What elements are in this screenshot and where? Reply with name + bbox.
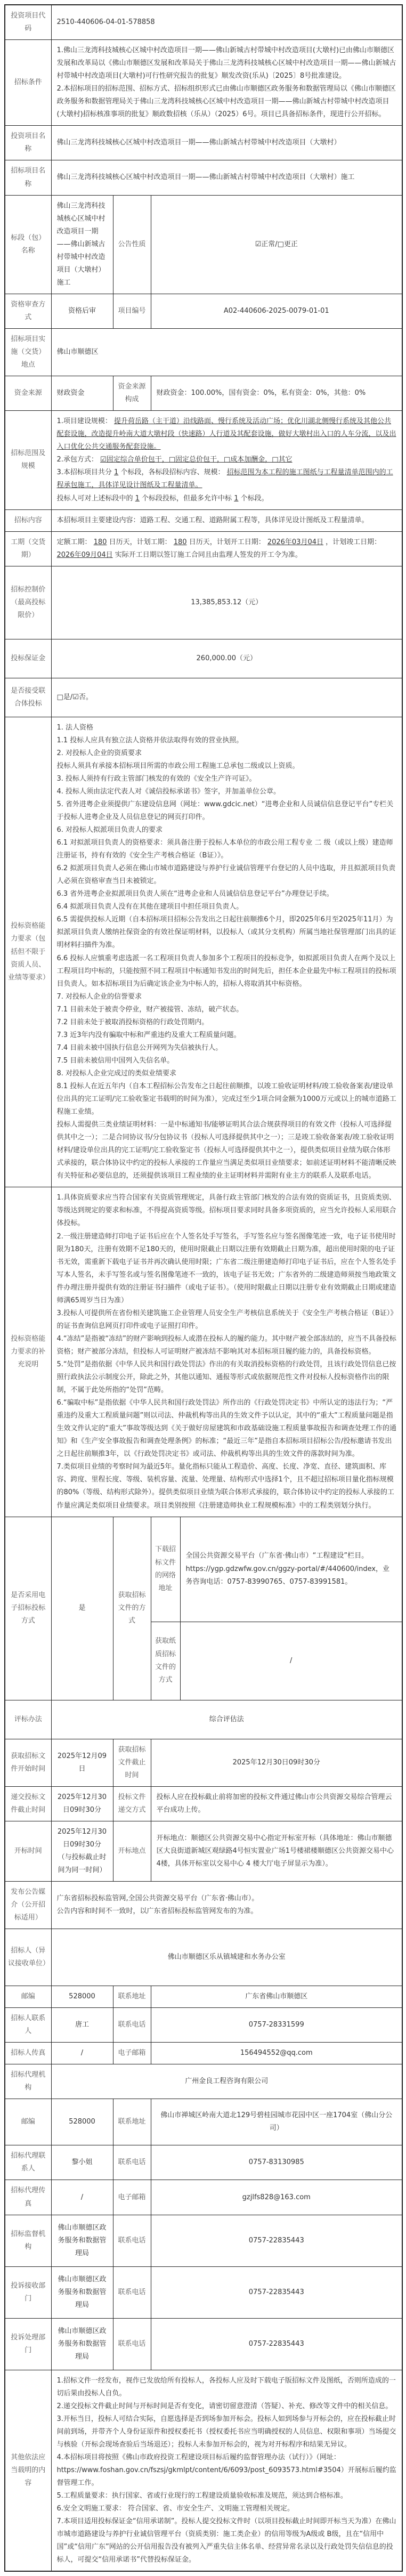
agency-email-label: 电子邮箱 [113, 2180, 151, 2215]
row-e-bidding: 是否采用电子招标投标方式 是 获取招标文件的方式 下载招标文件的网络地址 全国公… [5, 1517, 402, 1622]
section-name-value: 佛山三龙湾科技城核心区城中村改造项目一期——佛山新城古村带城中村改造项目（大墩村… [51, 195, 113, 294]
bid-submission-deadline-value: 2025年12月30日09时30分 [51, 1786, 113, 1821]
complaint-receiving-label: 投诉接收部门 [5, 2266, 51, 2318]
agency-fax-label: 招标代理传真 [5, 2180, 51, 2215]
tender-conditions-value: 1.佛山三龙湾科技城核心区城中村改造项目一期——佛山新城古村带城中村改造项目(大… [51, 40, 402, 126]
delivery-location-value: 佛山市顺德区 [51, 328, 402, 376]
tenderer-label: 招标人（异议接收单位） [5, 1929, 51, 1986]
row-section-name: 标段（包）名称 佛山三龙湾科技城核心区城中村改造项目一期——佛山新城古村带城中村… [5, 195, 402, 294]
row-agency-postcode: 邮编 528000 联系地址 佛山市禅城区岭南大道北129号碧桂园城市花园中区一… [5, 2099, 402, 2145]
doc-obtain-start-label: 获取招标文件开始时间 [5, 1739, 51, 1786]
project-number-label: 项目编号 [113, 294, 151, 328]
row-delivery-location: 招标项目实施（交货）地点 佛山市顺德区 [5, 328, 402, 376]
row-qualification-requirements: 投标资格能力要求（包括但不限于资质人员、业绩等要求） 1. 法人资格1.1 投标… [5, 717, 402, 1187]
doc-obtain-start-value: 2025年12月09日 [51, 1739, 113, 1786]
doc-obtain-deadline-label: 获取招标文件截止时间 [113, 1739, 151, 1786]
row-complaint-handling: 投诉处理部门 佛山市顺德区政务服务和数据管理局 联系电话 0757-228354… [5, 2318, 402, 2370]
qualification-review-value: 资格后审 [51, 294, 113, 328]
tenderer-email-label: 电子邮箱 [113, 2043, 151, 2064]
row-project-code: 投资项目代码 2510-440606-04-01-578858 [5, 5, 402, 40]
tenderer-phone-label: 联系电话 [113, 2008, 151, 2043]
tender-announcement-document: 投资项目代码 2510-440606-04-01-578858 招标条件 1.佛… [0, 0, 406, 2576]
agency-email-value: gzjlfs828@163.com [151, 2180, 402, 2215]
row-agency: 招标代理机构 广州金良工程咨询有限公司 [5, 2064, 402, 2099]
row-tenderer-contact: 招标人联系人 唐工 联系电话 0757-28331599 [5, 2008, 402, 2043]
announcement-media-value: 广东省招标投标监管网,全国公共资源交易平台（广东省·佛山市）。公告内容和时间不一… [51, 1881, 402, 1929]
row-other-content: 其他依法应当载明的内容 1.招标文件一经发布，视作已发放给所有投标人，各投标人应… [5, 2370, 402, 2571]
row-tenderer-fax: 招标人传真 / 电子邮箱 156494552@qq.com [5, 2043, 402, 2064]
supervision-phone-label: 联系电话 [113, 2215, 151, 2266]
tenderer-address-value: 广东省佛山市顺德区 [151, 1986, 402, 2008]
row-bid-bond: 投标保证金 260,000.00（元） [5, 639, 402, 678]
qualification-supplement-value: 1.具体资质要求应当符合国家有关资质管理规定，具备行政主管部门核发的合法有效的资… [51, 1187, 402, 1517]
bid-opening-time-label: 开标时间 [5, 1821, 51, 1881]
row-qualification-supplement: 投标资格能力要求的补充说明 1.具体资质要求应当符合国家有关资质管理规定，具备行… [5, 1187, 402, 1517]
bid-submission-method-label: 投标文件递交方式 [113, 1786, 151, 1821]
tenderer-postcode-value: 528000 [51, 1986, 113, 2008]
agency-label: 招标代理机构 [5, 2064, 51, 2099]
agency-address-label: 联系地址 [113, 2099, 151, 2145]
row-tenderer: 招标人（异议接收单位） 佛山市顺德区乐从镇城建和水务办公室 [5, 1929, 402, 1986]
complaint-receiving-value: 佛山市顺德区政务服务和数据管理局 [51, 2266, 113, 2318]
row-consortium-bidding: 是否接受联合体投标 □是/☑否。 [5, 678, 402, 717]
bid-opening-time-value: 2025年12月30日09时30分（与投标截止时间为同一时间） [51, 1821, 113, 1881]
tenderer-address-label: 联系地址 [113, 1986, 151, 2008]
complaint-handling-value: 佛山市顺德区政务服务和数据管理局 [51, 2318, 113, 2370]
consortium-bidding-label: 是否接受联合体投标 [5, 678, 51, 717]
tenderer-value: 佛山市顺德区乐从镇城建和水务办公室 [51, 1929, 402, 1986]
row-supervision-agency: 招标监督机构 佛山市顺德区政务服务和数据管理局 联系电话 0757-228354… [5, 2215, 402, 2266]
investment-project-name-value: 佛山三龙湾科技城核心区城中村改造项目一期——佛山新城古村带城中村改造项目（大墩村… [51, 126, 402, 160]
agency-phone-label: 联系电话 [113, 2145, 151, 2180]
complaint-receiving-phone-value: 0757-22835443 [151, 2266, 402, 2318]
other-content-value: 1.招标文件一经发布，视作已发放给所有投标人，各投标人应及时下载电子版招标文件及… [51, 2370, 402, 2571]
qualification-review-label: 资格审查方式 [5, 294, 51, 328]
row-agency-fax: 招标代理传真 / 电子邮箱 gzjlfs828@163.com [5, 2180, 402, 2215]
supervision-agency-label: 招标监督机构 [5, 2215, 51, 2266]
download-address-label: 下载招标文件的网络地址 [151, 1517, 180, 1622]
agency-phone-value: 0757-83130985 [151, 2145, 402, 2180]
other-content-label: 其他依法应当载明的内容 [5, 2370, 51, 2571]
row-investment-project-name: 投资项目名称 佛山三龙湾科技城核心区城中村改造项目一期——佛山新城古村带城中村改… [5, 126, 402, 160]
supervision-agency-value: 佛山市顺德区政务服务和数据管理局 [51, 2215, 113, 2266]
paper-doc-method-value: / [180, 1622, 402, 1700]
tenderer-email-value: 156494552@qq.com [151, 2043, 402, 2064]
tender-conditions-label: 招标条件 [5, 40, 51, 126]
tenderer-phone-value: 0757-28331599 [151, 2008, 402, 2043]
announcement-media-label: 发布公告媒介（公开招标适用） [5, 1881, 51, 1929]
agency-postcode-label: 邮编 [5, 2099, 51, 2145]
complaint-handling-phone-value: 0757-22835443 [151, 2318, 402, 2370]
complaint-handling-phone-label: 联系电话 [113, 2318, 151, 2370]
tenderer-contact-label: 招标人联系人 [5, 2008, 51, 2043]
row-doc-obtain-time: 获取招标文件开始时间 2025年12月09日 获取招标文件截止时间 2025年1… [5, 1739, 402, 1786]
delivery-location-label: 招标项目实施（交货）地点 [5, 328, 51, 376]
tender-scope-label: 招标范围及规模 [5, 411, 51, 509]
row-agency-contact: 招标代理联系人 黎小姐 联系电话 0757-83130985 [5, 2145, 402, 2180]
funding-source-value: 财政资金 [51, 376, 113, 411]
e-bidding-label: 是否采用电子招标投标方式 [5, 1517, 51, 1700]
section-name-label: 标段（包）名称 [5, 195, 51, 294]
tender-project-name-value: 佛山三龙湾科技城核心区城中村改造项目一期——佛山新城古村带城中村改造项目（大墩村… [51, 160, 402, 195]
row-construction-period: 工期（交货期） 定额工期： 180 日历天，计划工期： 180 日历天，计划开工… [5, 531, 402, 566]
e-bidding-value: 是 [51, 1517, 113, 1700]
construction-period-value: 定额工期： 180 日历天，计划工期： 180 日历天，计划开工日期： 2026… [51, 531, 402, 566]
doc-obtain-method-label: 获取招标文件的方式 [113, 1517, 151, 1700]
tenderer-contact-value: 唐工 [51, 2008, 113, 2043]
row-evaluation-method: 评标办法 综合评估法 [5, 1700, 402, 1739]
agency-address-value: 佛山市禅城区岭南大道北129号碧桂园城市花园中区一座1704室（佛山分公司） [151, 2099, 402, 2145]
bid-submission-method-value: 投标人应在投标截止前将加密的投标文件通过佛山市公共资源交易综合管理云平台成功上传… [151, 1786, 402, 1821]
qualification-requirements-label: 投标资格能力要求（包括但不限于资质人员、业绩等要求） [5, 717, 51, 1187]
tender-content-value: 本招标项目主要建设内容：道路工程、交通工程、道路附属工程等，具体详见设计图纸及工… [51, 509, 402, 531]
download-address-value: 全国公共资源交易平台（广东省·佛山市）“工程建设”栏目。https://ygp.… [180, 1517, 402, 1622]
row-bid-opening: 开标时间 2025年12月30日09时30分（与投标截止时间为同一时间） 开标地… [5, 1821, 402, 1881]
project-code-value: 2510-440606-04-01-578858 [51, 5, 402, 40]
complaint-receiving-phone-label: 联系电话 [113, 2266, 151, 2318]
bid-bond-label: 投标保证金 [5, 639, 51, 678]
control-price-label: 招标控制价（最高投标限价） [5, 566, 51, 639]
row-tender-conditions: 招标条件 1.佛山三龙湾科技城核心区城中村改造项目一期——佛山新城古村带城中村改… [5, 40, 402, 126]
evaluation-method-label: 评标办法 [5, 1700, 51, 1739]
agency-postcode-value: 528000 [51, 2099, 113, 2145]
agency-contact-label: 招标代理联系人 [5, 2145, 51, 2180]
paper-doc-method-label: 获取纸质招标文件的方式 [151, 1622, 180, 1700]
bid-bond-value: 260,000.00（元） [51, 639, 402, 678]
tenderer-postcode-label: 邮编 [5, 1986, 51, 2008]
row-complaint-receiving: 投诉接收部门 佛山市顺德区政务服务和数据管理局 联系电话 0757-228354… [5, 2266, 402, 2318]
row-bid-submission: 递交投标文件截止时间 2025年12月30日09时30分 投标文件递交方式 投标… [5, 1786, 402, 1821]
tender-content-label: 招标内容 [5, 509, 51, 531]
row-tender-project-name: 招标项目名称 佛山三龙湾科技城核心区城中村改造项目一期——佛山新城古村带城中村改… [5, 160, 402, 195]
supervision-phone-value: 0757-22835443 [151, 2215, 402, 2266]
row-tender-content: 招标内容 本招标项目主要建设内容：道路工程、交通工程、道路附属工程等，具体详见设… [5, 509, 402, 531]
bid-submission-deadline-label: 递交投标文件截止时间 [5, 1786, 51, 1821]
investment-project-name-label: 投资项目名称 [5, 126, 51, 160]
funding-composition-label: 资金来源构成 [113, 376, 151, 411]
doc-obtain-deadline-value: 2025年12月30日09时30分 [151, 1739, 402, 1786]
tenderer-fax-label: 招标人传真 [5, 2043, 51, 2064]
project-number-value: A02-440606-2025-0079-01-01 [151, 294, 402, 328]
construction-period-label: 工期（交货期） [5, 531, 51, 566]
consortium-bidding-value: □是/☑否。 [51, 678, 402, 717]
project-code-label: 投资项目代码 [5, 5, 51, 40]
tender-project-name-label: 招标项目名称 [5, 160, 51, 195]
row-tender-scope: 招标范围及规模 1.项目建设规模： 提升荷岳路（主干道）沿线路面、慢行系统及活动… [5, 411, 402, 509]
tender-announcement-table: 投资项目代码 2510-440606-04-01-578858 招标条件 1.佛… [4, 4, 403, 2572]
agency-value: 广州金良工程咨询有限公司 [51, 2064, 402, 2099]
row-funding-source: 资金来源 财政资金 资金来源构成 财政资金：100.00%，国有资金：0%，私有… [5, 376, 402, 411]
funding-source-label: 资金来源 [5, 376, 51, 411]
bid-opening-place-value: 开标地点：顺德区公共资源交易中心指定开标室开标（具体地址：佛山市顺德区大良街道新… [151, 1821, 402, 1881]
row-announcement-media: 发布公告媒介（公开招标适用） 广东省招标投标监管网,全国公共资源交易平台（广东省… [5, 1881, 402, 1929]
qualification-requirements-value: 1. 法人资格1.1 投标人应具有独立法人资格并依法取得有效的营业执照。2. 对… [51, 717, 402, 1187]
agency-contact-value: 黎小姐 [51, 2145, 113, 2180]
notice-nature-value: ☑正常/□更正 [151, 195, 402, 294]
complaint-handling-label: 投诉处理部门 [5, 2318, 51, 2370]
evaluation-method-value: 综合评估法 [51, 1700, 402, 1739]
tenderer-fax-value: / [51, 2043, 113, 2064]
row-control-price: 招标控制价（最高投标限价） 13,385,853.12（元） [5, 566, 402, 639]
funding-composition-value: 财政资金：100.00%，国有资金：0%，私有资金：0%，其他：0% [151, 376, 402, 411]
control-price-value: 13,385,853.12（元） [51, 566, 402, 639]
row-tenderer-postcode: 邮编 528000 联系地址 广东省佛山市顺德区 [5, 1986, 402, 2008]
agency-fax-value: / [51, 2180, 113, 2215]
qualification-supplement-label: 投标资格能力要求的补充说明 [5, 1187, 51, 1517]
notice-nature-label: 公告性质 [113, 195, 151, 294]
bid-opening-place-label: 开标地点 [113, 1821, 151, 1881]
row-qualification-review: 资格审查方式 资格后审 项目编号 A02-440606-2025-0079-01… [5, 294, 402, 328]
tender-scope-value: 1.项目建设规模： 提升荷岳路（主干道）沿线路面、慢行系统及活动广场；优化川湖北… [51, 411, 402, 509]
